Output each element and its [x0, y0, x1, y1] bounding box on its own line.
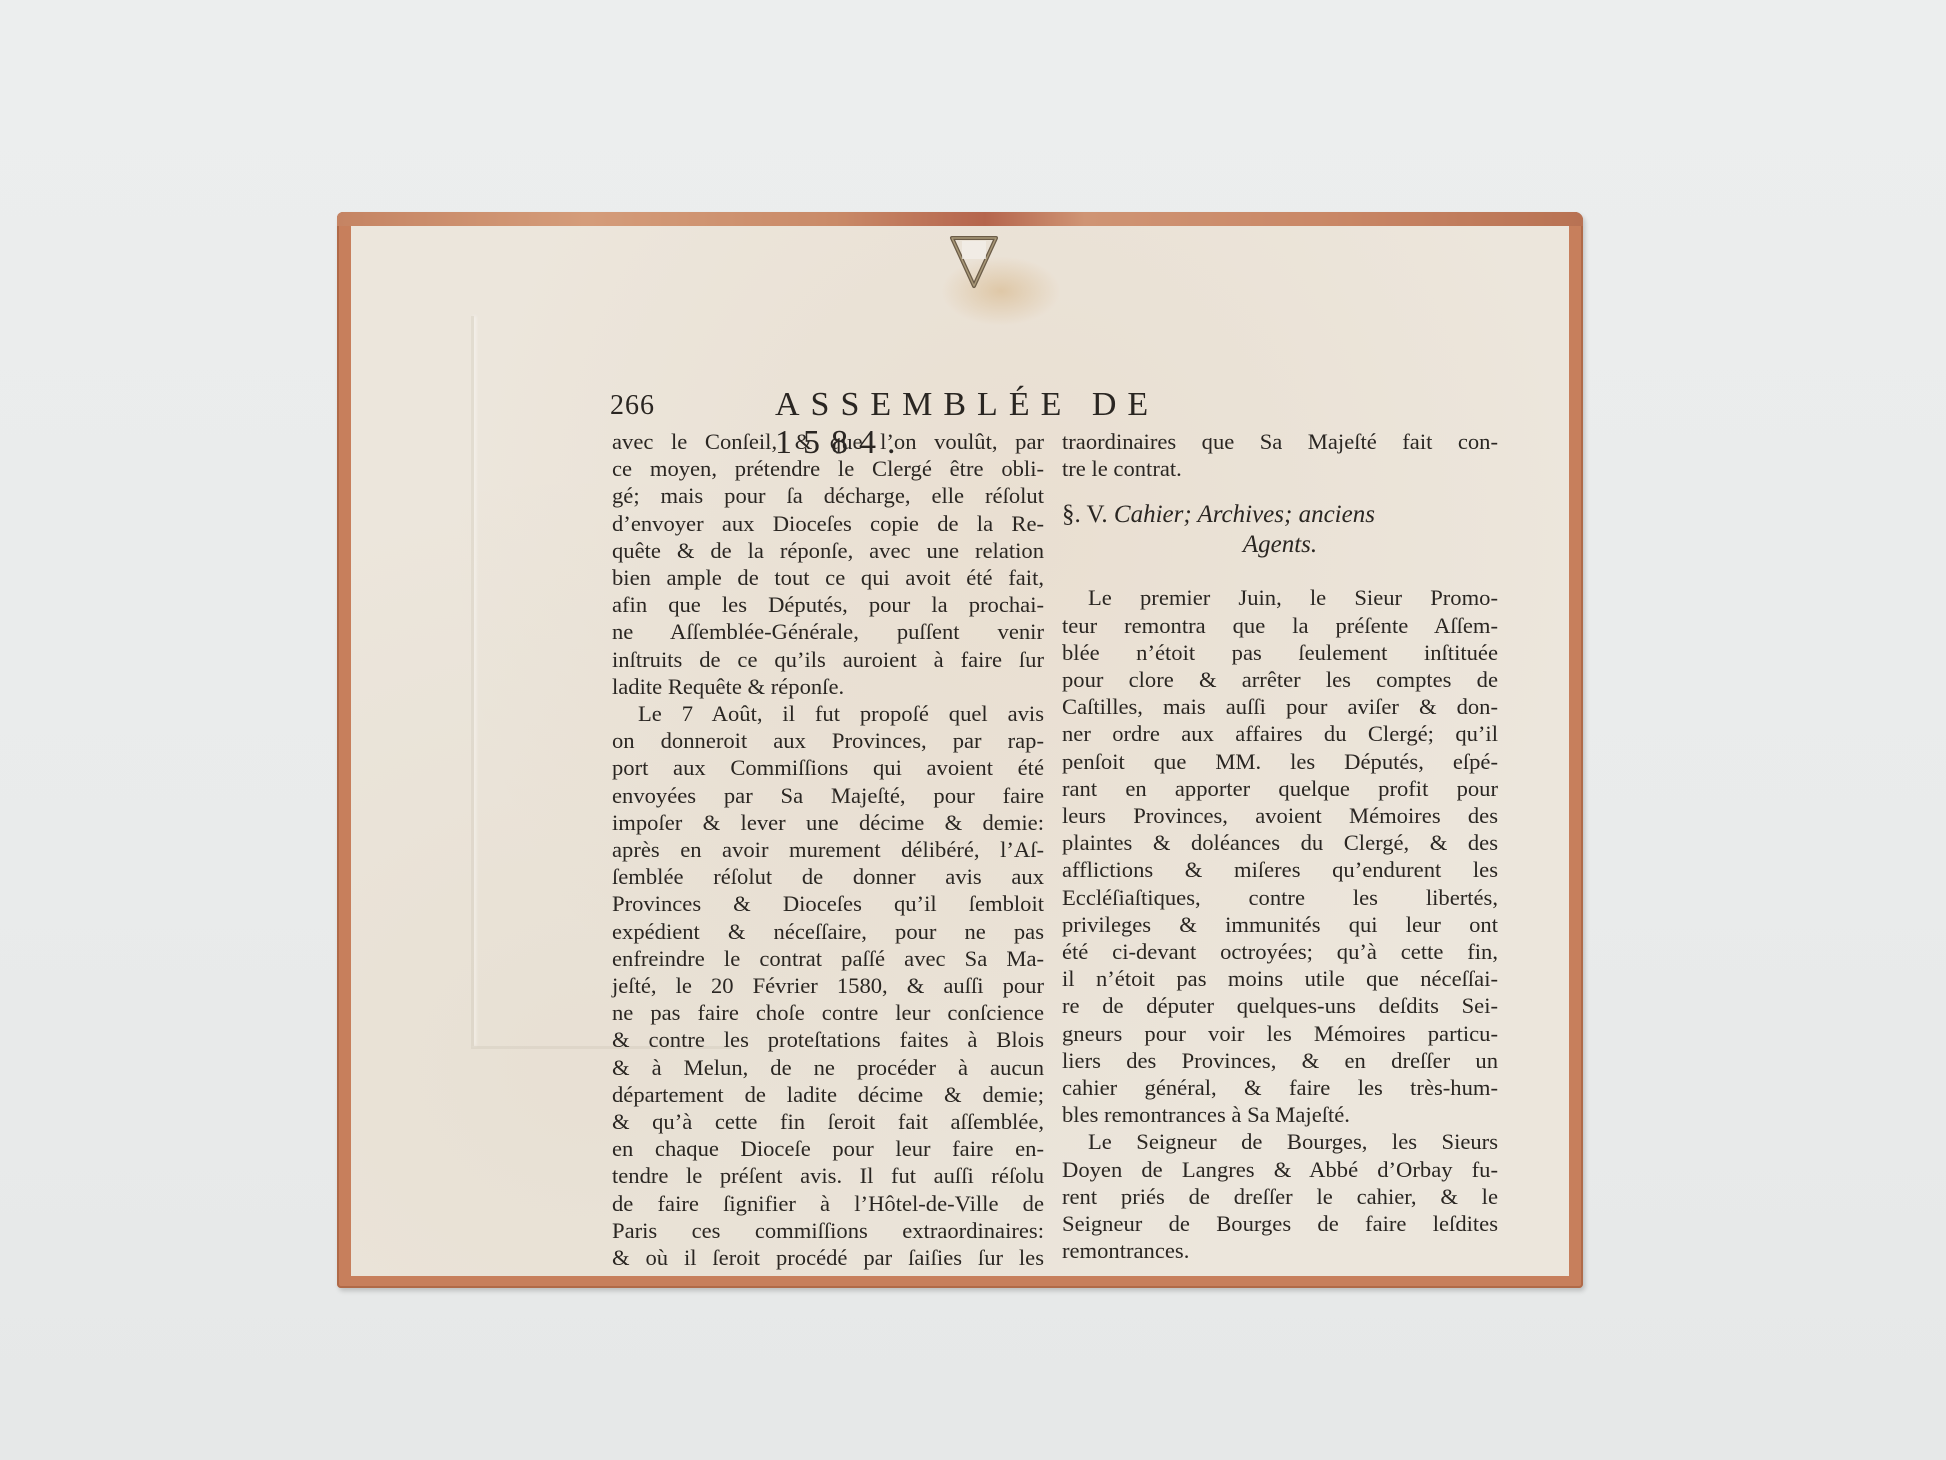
- text-line: rent priés de dreſſer le cahier, & le: [1062, 1183, 1498, 1210]
- text-line: Provinces & Dioceſes qu’il ſembloit: [612, 890, 1044, 917]
- section-title-line2: Agents.: [1062, 530, 1498, 560]
- text-line: leurs Provinces, avoient Mémoires des: [1062, 802, 1498, 829]
- page-number: 266: [610, 390, 655, 422]
- text-line: avec le Conſeil, & que l’on voulût, par: [612, 428, 1044, 455]
- text-line: en chaque Dioceſe pour leur faire en-: [612, 1135, 1044, 1162]
- right-column: traordinaires que Sa Majeſté fait con-tr…: [1062, 428, 1498, 1264]
- text-line: afflictions & miſeres qu’endurent les: [1062, 856, 1498, 883]
- triangle-wire-hanger-icon: [946, 232, 1002, 292]
- text-line: ne Aſſemblée-Générale, puſſent venir: [612, 618, 1044, 645]
- text-line: blée n’étoit pas ſeulement inſtituée: [1062, 639, 1498, 666]
- text-line: plaintes & doléances du Clergé, & des: [1062, 829, 1498, 856]
- text-line: penſoit que MM. les Députés, eſpé-: [1062, 748, 1498, 775]
- text-line: bien ample de tout ce qui avoit été fait…: [612, 564, 1044, 591]
- text-line: pour clore & arrêter les comptes de: [1062, 666, 1498, 693]
- text-line: expédient & néceſſaire, pour ne pas: [612, 918, 1044, 945]
- page-header: 266 ASSEMBLÉE DE 1584.: [610, 386, 1310, 422]
- text-line: Caſtilles, mais auſſi pour aviſer & don-: [1062, 693, 1498, 720]
- text-line: on donneroit aux Provinces, par rap-: [612, 727, 1044, 754]
- text-line: port aux Commiſſions qui avoient été: [612, 754, 1044, 781]
- text-line: envoyées par Sa Majeſté, pour faire: [612, 782, 1044, 809]
- text-line: ce moyen, prétendre le Clergé être obli-: [612, 455, 1044, 482]
- text-line: jeſté, le 20 Février 1580, & auſſi pour: [612, 972, 1044, 999]
- text-line: ſemblée réſolut de donner avis aux: [612, 863, 1044, 890]
- text-line: & qu’à cette fin ſeroit fait aſſemblée,: [612, 1108, 1044, 1135]
- text-line: bles remontrances à Sa Majeſté.: [1062, 1101, 1498, 1128]
- section-number: §. V.: [1062, 501, 1108, 528]
- text-line: Le Seigneur de Bourges, les Sieurs: [1062, 1128, 1498, 1155]
- text-line: Eccléſiaſtiques, contre les libertés,: [1062, 884, 1498, 911]
- text-line: & où il ſeroit procédé par ſaiſies ſur l…: [612, 1244, 1044, 1271]
- text-line: il n’étoit pas moins utile que néceſſai-: [1062, 965, 1498, 992]
- text-line: Seigneur de Bourges de faire leſdites: [1062, 1210, 1498, 1237]
- text-line: privileges & immunités qui leur ont: [1062, 911, 1498, 938]
- text-line: gé; mais pour ſa décharge, elle réſolut: [612, 482, 1044, 509]
- text-line: remontrances.: [1062, 1237, 1498, 1264]
- text-line: & à Melun, de ne procéder à aucun: [612, 1054, 1044, 1081]
- text-line: Le 7 Août, il fut propoſé quel avis: [612, 700, 1044, 727]
- text-line: cahier général, & faire les très-hum-: [1062, 1074, 1498, 1101]
- text-line: traordinaires que Sa Majeſté fait con-: [1062, 428, 1498, 455]
- text-line: quête & de la réponſe, avec une relation: [612, 537, 1044, 564]
- left-column: avec le Conſeil, & que l’on voulût, parc…: [612, 428, 1044, 1271]
- emboss-ridge-vertical: [471, 316, 474, 1046]
- text-line: Paris ces commiſſions extraordinaires:: [612, 1217, 1044, 1244]
- text-line: re de députer quelques-uns deſdits Sei-: [1062, 992, 1498, 1019]
- text-line: de faire ſignifier à l’Hôtel-de-Ville de: [612, 1190, 1044, 1217]
- text-line: rant en apporter quelque profit pour: [1062, 775, 1498, 802]
- text-line: après en avoir murement délibéré, l’Aſ-: [612, 836, 1044, 863]
- text-line: liers des Provinces, & en dreſſer un: [1062, 1047, 1498, 1074]
- text-line: inſtruits de ce qu’ils auroient à faire …: [612, 646, 1044, 673]
- text-line: d’envoyer aux Dioceſes copie de la Re-: [612, 510, 1044, 537]
- text-line: département de ladite décime & demie;: [612, 1081, 1044, 1108]
- text-line: ner ordre aux affaires du Clergé; qu’il: [1062, 720, 1498, 747]
- text-line: enfreindre le contrat paſſé avec Sa Ma-: [612, 945, 1044, 972]
- text-line: tendre le préſent avis. Il fut auſſi réſ…: [612, 1162, 1044, 1189]
- text-line: ladite Requête & réponſe.: [612, 673, 1044, 700]
- text-line: tre le contrat.: [1062, 455, 1498, 482]
- text-line: Le premier Juin, le Sieur Promo-: [1062, 584, 1498, 611]
- text-line: impoſer & lever une décime & demie:: [612, 809, 1044, 836]
- text-line: Doyen de Langres & Abbé d’Orbay fu-: [1062, 1156, 1498, 1183]
- text-line: teur remontra que la préſente Aſſem-: [1062, 612, 1498, 639]
- section-title-line1: Cahier; Archives; anciens: [1114, 501, 1375, 528]
- text-line: ne pas faire choſe contre leur conſcienc…: [612, 999, 1044, 1026]
- text-line: gneurs pour voir les Mémoires particu-: [1062, 1020, 1498, 1047]
- text-line: & contre les proteſtations faites à Bloi…: [612, 1026, 1044, 1053]
- text-line: été ci-devant octroyées; qu’à cette fin,: [1062, 938, 1498, 965]
- section-heading: §. V. Cahier; Archives; anciens: [1062, 500, 1498, 530]
- text-line: afin que les Députés, pour la prochai-: [612, 591, 1044, 618]
